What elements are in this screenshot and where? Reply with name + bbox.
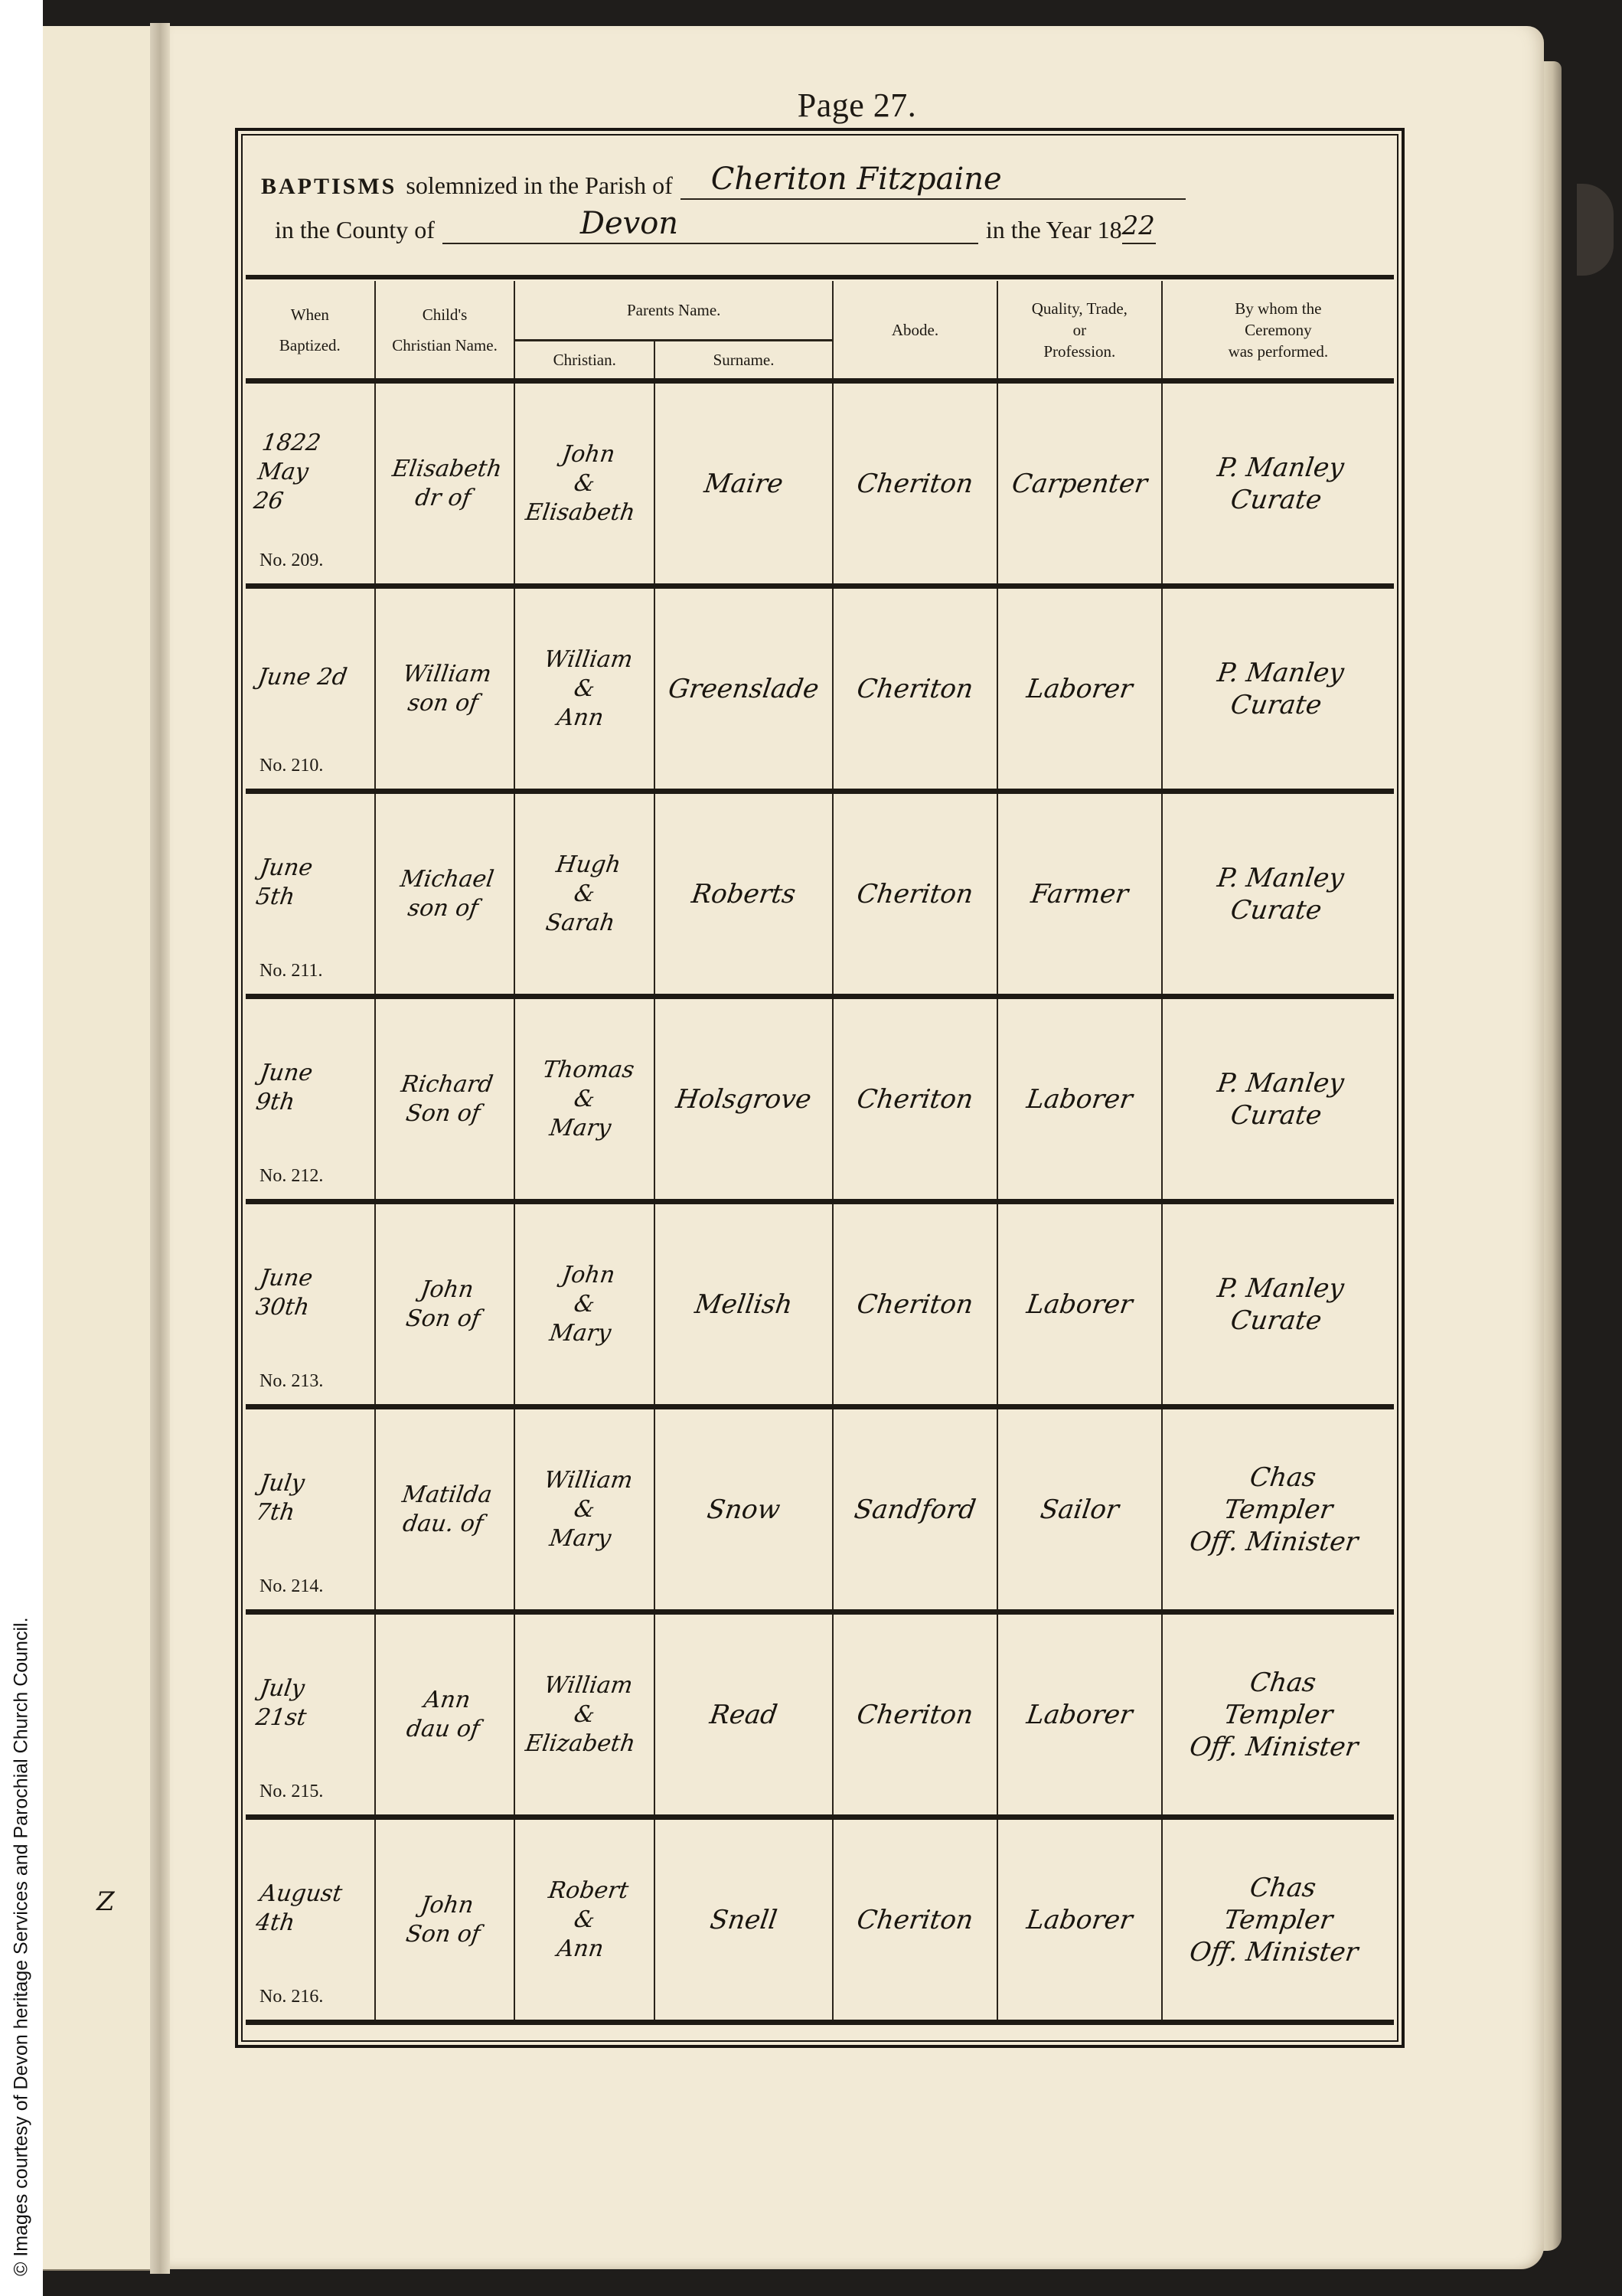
entry-surname: Mellish bbox=[654, 1202, 833, 1407]
entry-quality: Laborer bbox=[997, 586, 1162, 792]
binding-clip bbox=[1577, 184, 1614, 276]
entry-surname: Holsgrove bbox=[654, 997, 833, 1202]
entry-parents-christian: William&Mary bbox=[514, 1407, 654, 1612]
year-field: 22 bbox=[1122, 215, 1156, 244]
entry-child-value: Williamson of bbox=[371, 660, 517, 718]
entry-date: June5th No. 211. bbox=[246, 792, 375, 997]
entry-officiant: P. ManleyCurate bbox=[1162, 792, 1394, 997]
entry-date-value: June30th bbox=[242, 1264, 378, 1322]
entry-abode-value: Cheriton bbox=[831, 1904, 999, 1936]
entry-child-name: Matildadau. of bbox=[375, 1407, 515, 1612]
heading-text: solemnized in the Parish of bbox=[406, 171, 672, 200]
register-entry: July7th No. 214. Matildadau. of William&… bbox=[246, 1407, 1394, 1612]
entry-surname-value: Holsgrove bbox=[653, 1083, 834, 1115]
entry-abode: Cheriton bbox=[833, 1612, 997, 1818]
entry-date-value: June5th bbox=[242, 854, 378, 912]
entry-child-value: RichardSon of bbox=[371, 1070, 517, 1128]
col-parents-christian-label: Christian. bbox=[515, 349, 654, 371]
entry-officiant: P. ManleyCurate bbox=[1162, 1202, 1394, 1407]
col-when-baptized: When Baptized. bbox=[246, 281, 375, 381]
entry-officiant: ChasTemplerOff. Minister bbox=[1162, 1612, 1394, 1818]
entry-abode-value: Cheriton bbox=[831, 1288, 999, 1321]
entry-officiant: P. ManleyCurate bbox=[1162, 997, 1394, 1202]
entry-parents-christian: William&Elizabeth bbox=[514, 1612, 654, 1818]
entry-officiant-value: P. ManleyCurate bbox=[1158, 452, 1398, 516]
county-heading: in the County of Devon in the Year 18 22 bbox=[261, 214, 1379, 244]
entry-child-name: JohnSon of bbox=[375, 1818, 515, 2023]
credit-strip: © Images courtesy of Devon heritage Serv… bbox=[0, 0, 43, 2296]
entry-child-name: Anndau of bbox=[375, 1612, 515, 1818]
entry-parents-christian-value: Robert&Ann bbox=[509, 1876, 660, 1964]
entry-date: July21st No. 215. bbox=[246, 1612, 375, 1818]
entry-child-name: RichardSon of bbox=[375, 997, 515, 1202]
register-entry: 1822May26 No. 209. Elisabethdr of John&E… bbox=[246, 381, 1394, 586]
entry-abode-value: Cheriton bbox=[831, 673, 999, 705]
entry-quality-value: Carpenter bbox=[996, 468, 1163, 500]
col-abode-label: Abode. bbox=[834, 319, 997, 341]
col-quality-line3: Profession. bbox=[998, 341, 1161, 362]
col-parents-surname-label: Surname. bbox=[655, 349, 832, 371]
entry-parents-christian-value: John&Mary bbox=[509, 1261, 660, 1348]
entry-parents-christian-value: William&Mary bbox=[509, 1466, 660, 1553]
entry-parents-christian: Robert&Ann bbox=[514, 1818, 654, 2023]
entry-abode: Sandford bbox=[833, 1407, 997, 1612]
entry-parents-christian-value: William&Elizabeth bbox=[509, 1671, 660, 1759]
entry-quality-value: Laborer bbox=[996, 1699, 1163, 1731]
entry-date: June 2d No. 210. bbox=[246, 586, 375, 792]
col-bywhom-line3: was performed. bbox=[1163, 341, 1394, 362]
county-field: Devon bbox=[442, 215, 978, 244]
register-entry: June30th No. 213. JohnSon of John&Mary M… bbox=[246, 1202, 1394, 1407]
col-abode: Abode. bbox=[833, 281, 997, 381]
register-entry: August4th No. 216. JohnSon of Robert&Ann… bbox=[246, 1818, 1394, 2023]
entry-surname-value: Mellish bbox=[653, 1288, 834, 1321]
register-entry: July21st No. 215. Anndau of William&Eliz… bbox=[246, 1612, 1394, 1818]
register-entries: 1822May26 No. 209. Elisabethdr of John&E… bbox=[246, 381, 1394, 2023]
col-child-line2: Christian Name. bbox=[376, 335, 514, 356]
copyright-credit: © Images courtesy of Devon heritage Serv… bbox=[11, 1388, 33, 2296]
entry-abode: Cheriton bbox=[833, 1818, 997, 2023]
col-when-line1: When bbox=[246, 304, 374, 325]
col-child-name: Child's Christian Name. bbox=[375, 281, 515, 381]
entry-quality: Laborer bbox=[997, 1818, 1162, 2023]
entry-officiant: ChasTemplerOff. Minister bbox=[1162, 1407, 1394, 1612]
register-frame: BAPTISMS solemnized in the Parish of Che… bbox=[235, 128, 1405, 2048]
entry-number: No. 214. bbox=[259, 1576, 323, 1597]
entry-quality-value: Sailor bbox=[996, 1494, 1163, 1526]
entry-child-value: JohnSon of bbox=[371, 1891, 517, 1949]
entry-surname-value: Read bbox=[653, 1699, 834, 1731]
entry-abode: Cheriton bbox=[833, 792, 997, 997]
heading-rule bbox=[246, 275, 1394, 279]
year-prefix: in the Year 18 bbox=[986, 216, 1122, 244]
facing-page-ink-mark: Z bbox=[96, 1886, 115, 1917]
entry-quality-value: Laborer bbox=[996, 1904, 1163, 1936]
page-number: Page 27. bbox=[170, 86, 1544, 125]
entry-parents-christian: John&Mary bbox=[514, 1202, 654, 1407]
baptism-register-table: When Baptized. Child's Christian Name. P… bbox=[246, 281, 1394, 2025]
entry-abode-value: Sandford bbox=[831, 1494, 999, 1526]
entry-number: No. 211. bbox=[259, 961, 322, 981]
entry-quality-value: Laborer bbox=[996, 673, 1163, 705]
entry-child-value: JohnSon of bbox=[371, 1275, 517, 1334]
entry-quality: Laborer bbox=[997, 1612, 1162, 1818]
entry-surname-value: Roberts bbox=[653, 878, 834, 910]
entry-abode: Cheriton bbox=[833, 586, 997, 792]
entry-officiant-value: P. ManleyCurate bbox=[1158, 1067, 1398, 1132]
col-child-line1: Child's bbox=[376, 304, 514, 325]
entry-officiant: P. ManleyCurate bbox=[1162, 586, 1394, 792]
entry-abode: Cheriton bbox=[833, 997, 997, 1202]
col-bywhom-line1: By whom the bbox=[1163, 298, 1394, 319]
entry-abode-value: Cheriton bbox=[831, 468, 999, 500]
entry-number: No. 209. bbox=[259, 550, 323, 571]
entry-officiant-value: P. ManleyCurate bbox=[1158, 862, 1398, 926]
entry-abode-value: Cheriton bbox=[831, 1083, 999, 1115]
col-parents-name: Parents Name. bbox=[514, 281, 833, 341]
entry-officiant-value: P. ManleyCurate bbox=[1158, 1272, 1398, 1337]
entry-date: June30th No. 213. bbox=[246, 1202, 375, 1407]
entry-child-value: Matildadau. of bbox=[371, 1481, 517, 1539]
entry-parents-christian-value: John&Elisabeth bbox=[509, 440, 660, 527]
entry-surname-value: Snell bbox=[653, 1904, 834, 1936]
facing-page-edge: Z bbox=[43, 26, 150, 2271]
entry-number: No. 213. bbox=[259, 1371, 323, 1392]
entry-officiant-value: ChasTemplerOff. Minister bbox=[1156, 1667, 1401, 1763]
entry-date: July7th No. 214. bbox=[246, 1407, 375, 1612]
entry-date-value: June9th bbox=[242, 1059, 378, 1117]
entry-quality: Laborer bbox=[997, 1202, 1162, 1407]
entry-officiant-value: ChasTemplerOff. Minister bbox=[1156, 1462, 1401, 1558]
entry-surname: Maire bbox=[654, 381, 833, 586]
entry-child-value: Anndau of bbox=[371, 1686, 517, 1744]
register-entry: June9th No. 212. RichardSon of Thomas&Ma… bbox=[246, 997, 1394, 1202]
entry-surname: Roberts bbox=[654, 792, 833, 997]
entry-officiant-value: P. ManleyCurate bbox=[1158, 657, 1398, 721]
parish-value: Cheriton Fitzpaine bbox=[711, 162, 1002, 197]
entry-surname-value: Snow bbox=[653, 1494, 834, 1526]
entry-surname: Greenslade bbox=[654, 586, 833, 792]
col-bywhom-line2: Ceremony bbox=[1163, 319, 1394, 341]
col-quality: Quality, Trade, or Profession. bbox=[997, 281, 1162, 381]
entry-child-value: Elisabethdr of bbox=[371, 455, 517, 513]
entry-parents-christian: Hugh&Sarah bbox=[514, 792, 654, 997]
entry-number: No. 212. bbox=[259, 1166, 323, 1187]
entry-date-value: August4th bbox=[242, 1880, 378, 1938]
entry-child-value: Michaelson of bbox=[371, 865, 517, 923]
entry-abode: Cheriton bbox=[833, 1202, 997, 1407]
entry-officiant: P. ManleyCurate bbox=[1162, 381, 1394, 586]
entry-date: June9th No. 212. bbox=[246, 997, 375, 1202]
county-value: Devon bbox=[580, 206, 678, 241]
parish-field: Cheriton Fitzpaine bbox=[680, 171, 1186, 200]
parish-heading: BAPTISMS solemnized in the Parish of Che… bbox=[261, 169, 1379, 200]
entry-date-value: 1822May26 bbox=[240, 429, 380, 516]
entry-child-name: JohnSon of bbox=[375, 1202, 515, 1407]
entry-quality-value: Farmer bbox=[996, 878, 1163, 910]
register-page: Page 27. BAPTISMS solemnized in the Pari… bbox=[170, 26, 1544, 2269]
entry-date-value: July7th bbox=[242, 1469, 378, 1527]
entry-date: August4th No. 216. bbox=[246, 1818, 375, 2023]
entry-surname-value: Maire bbox=[653, 468, 834, 500]
entry-quality: Farmer bbox=[997, 792, 1162, 997]
entry-parents-christian-value: Thomas&Mary bbox=[509, 1056, 660, 1143]
entry-surname-value: Greenslade bbox=[653, 673, 834, 705]
entry-child-name: Elisabethdr of bbox=[375, 381, 515, 586]
book-gutter bbox=[150, 23, 170, 2274]
entry-abode-value: Cheriton bbox=[831, 1699, 999, 1731]
entry-parents-christian: William&Ann bbox=[514, 586, 654, 792]
entry-surname: Read bbox=[654, 1612, 833, 1818]
entry-number: No. 215. bbox=[259, 1782, 323, 1802]
entry-date: 1822May26 No. 209. bbox=[246, 381, 375, 586]
col-quality-line1: Quality, Trade, bbox=[998, 298, 1161, 319]
entry-quality: Laborer bbox=[997, 997, 1162, 1202]
entry-parents-christian: Thomas&Mary bbox=[514, 997, 654, 1202]
entry-date-value: June 2d bbox=[243, 663, 376, 692]
entry-child-name: Michaelson of bbox=[375, 792, 515, 997]
col-parents-label: Parents Name. bbox=[515, 299, 832, 321]
col-parents-surname: Surname. bbox=[654, 341, 833, 381]
entry-parents-christian: John&Elisabeth bbox=[514, 381, 654, 586]
year-suffix: 22 bbox=[1122, 211, 1155, 241]
col-quality-line2: or bbox=[998, 319, 1161, 341]
entry-parents-christian-value: William&Ann bbox=[509, 645, 660, 733]
entry-quality: Carpenter bbox=[997, 381, 1162, 586]
entry-number: No. 216. bbox=[259, 1987, 323, 2007]
col-when-line2: Baptized. bbox=[246, 335, 374, 356]
entry-quality-value: Laborer bbox=[996, 1288, 1163, 1321]
entry-child-name: Williamson of bbox=[375, 586, 515, 792]
entry-parents-christian-value: Hugh&Sarah bbox=[509, 851, 660, 938]
entry-surname: Snow bbox=[654, 1407, 833, 1612]
col-by-whom: By whom the Ceremony was performed. bbox=[1162, 281, 1394, 381]
entry-number: No. 210. bbox=[259, 756, 323, 776]
col-parents-christian: Christian. bbox=[514, 341, 654, 381]
entry-officiant: ChasTemplerOff. Minister bbox=[1162, 1818, 1394, 2023]
register-entry: June5th No. 211. Michaelson of Hugh&Sara… bbox=[246, 792, 1394, 997]
entry-date-value: July21st bbox=[242, 1674, 378, 1733]
register-entry: June 2d No. 210. Williamson of William&A… bbox=[246, 586, 1394, 792]
entry-abode: Cheriton bbox=[833, 381, 997, 586]
entry-abode-value: Cheriton bbox=[831, 878, 999, 910]
county-prefix: in the County of bbox=[275, 216, 435, 244]
entry-surname: Snell bbox=[654, 1818, 833, 2023]
entry-quality: Sailor bbox=[997, 1407, 1162, 1612]
entry-quality-value: Laborer bbox=[996, 1083, 1163, 1115]
entry-officiant-value: ChasTemplerOff. Minister bbox=[1156, 1872, 1401, 1968]
heading-baptisms: BAPTISMS bbox=[261, 174, 397, 200]
